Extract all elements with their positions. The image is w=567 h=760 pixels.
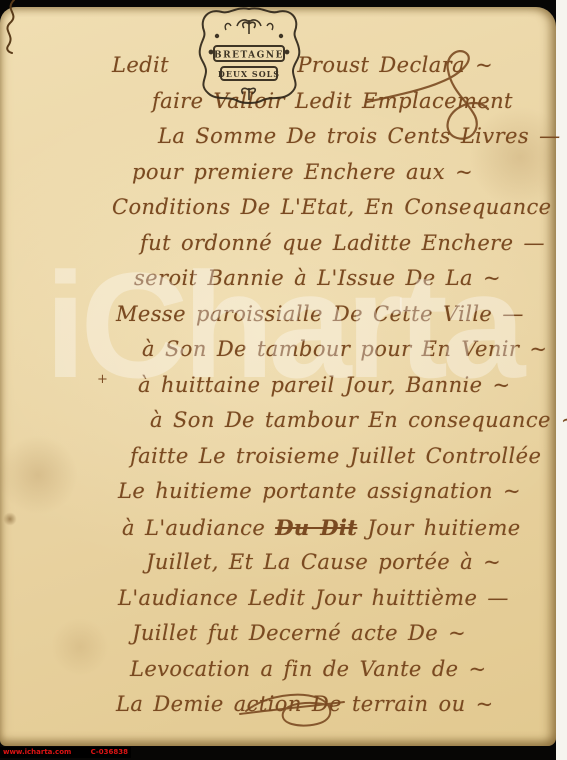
manuscript-line: à Son De tambour pour En Venir ~ (112, 332, 549, 368)
stamp-region-label: BRETAGNE (214, 51, 284, 61)
line-suffix: Jour huitieme (357, 516, 520, 540)
manuscript-line: Juillet, Et La Cause portée à ~ (112, 545, 549, 581)
manuscript-line: à Son De tambour En consequance ~ (112, 403, 549, 439)
manuscript-line: Juillet fut Decerné acte De ~ (112, 616, 549, 652)
margin-cross-mark: + (97, 372, 108, 387)
manuscript-line-with-strikeout: à L'audiance Du Dit Jour huitieme (112, 510, 549, 546)
manuscript-line: pour premiere Enchere aux ~ (112, 155, 549, 191)
manuscript-line: Levocation a fin de Vante de ~ (112, 652, 549, 688)
ink-paraph-bottom-icon (238, 687, 346, 731)
line-prefix: à L'audiance (122, 516, 275, 540)
stamp-denomination-label: DEUX SOLS (218, 69, 280, 79)
scan-edge-right (556, 0, 567, 760)
watermark-code-label: C-036838 (91, 747, 128, 758)
manuscript-line: seroit Bannie à L'Issue De La ~ (112, 261, 549, 297)
binding-thread-icon (0, 0, 30, 54)
manuscript-line: Messe paroissialle De Cette Ville — (112, 297, 549, 333)
manuscript-line: Le huitieme portante assignation ~ (112, 474, 549, 510)
ink-paraph-top-icon (365, 46, 490, 152)
manuscript-line: fut ordonné que Laditte Enchere — (112, 226, 549, 262)
watermark-label: www.icharta.com C-036838 (0, 747, 131, 758)
tax-stamp: BRETAGNE DEUX SOLS (193, 4, 305, 110)
manuscript-line: à huittaine pareil Jour, Bannie ~ (112, 368, 549, 404)
manuscript-line: L'audiance Ledit Jour huittième — (112, 581, 549, 617)
manuscript-line: Conditions De L'Etat, En Consequance (112, 190, 549, 226)
struck-words: Du Dit (275, 515, 357, 540)
stamp-banners: BRETAGNE DEUX SOLS (214, 46, 284, 80)
manuscript-line: faitte Le troisieme Juillet Controllée (112, 439, 549, 475)
watermark-source-label: www.icharta.com (3, 747, 71, 758)
